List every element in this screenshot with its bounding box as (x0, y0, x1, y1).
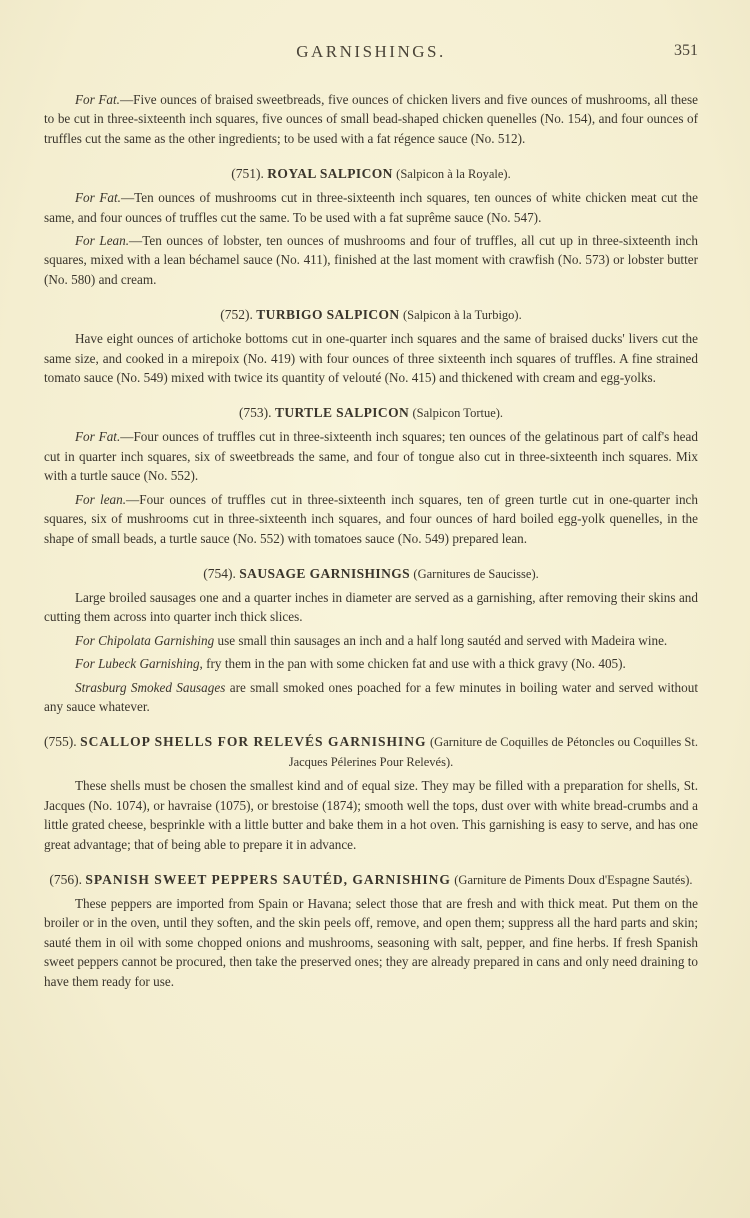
running-head: GARNISHINGS. 351 (44, 42, 698, 66)
paragraph-label: For Fat. (75, 92, 120, 107)
section-754-paragraph: Large broiled sausages one and a quarter… (44, 588, 698, 627)
section-heading-752: (752). TURBIGO SALPICON (Salpicon à la T… (44, 305, 698, 325)
section-752-paragraph: Have eight ounces of artichoke bottoms c… (44, 329, 698, 387)
section-755-paragraph: These shells must be chosen the smallest… (44, 776, 698, 854)
section-753-paragraph: For lean.—Four ounces of truffles cut in… (44, 490, 698, 548)
section-heading-751: (751). ROYAL SALPICON (Salpicon à la Roy… (44, 164, 698, 184)
section-heading-756: (756). SPANISH SWEET PEPPERS SAUTÉD, GAR… (44, 870, 698, 890)
section-heading-753: (753). TURTLE SALPICON (Salpicon Tortue)… (44, 403, 698, 423)
section-heading-755: (755). SCALLOP SHELLS FOR RELEVÉS GARNIS… (44, 732, 698, 772)
section-751-paragraph: For Lean.—Ten ounces of lobster, ten oun… (44, 231, 698, 289)
running-title: GARNISHINGS. (44, 42, 698, 62)
section-754-paragraph: Strasburg Smoked Sausages are small smok… (44, 678, 698, 717)
paragraph-text: —Five ounces of braised sweetbreads, fiv… (44, 92, 698, 146)
section-756-paragraph: These peppers are imported from Spain or… (44, 894, 698, 991)
section-753-paragraph: For Fat.—Four ounces of truffles cut in … (44, 427, 698, 485)
page-number: 351 (674, 42, 698, 60)
section-754-paragraph: For Lubeck Garnishing, fry them in the p… (44, 654, 698, 673)
section-heading-754: (754). SAUSAGE GARNISHINGS (Garnitures d… (44, 564, 698, 584)
page-body: For Fat.—Five ounces of braised sweetbre… (44, 90, 698, 991)
intro-paragraph: For Fat.—Five ounces of braised sweetbre… (44, 90, 698, 148)
section-751-paragraph: For Fat.—Ten ounces of mushrooms cut in … (44, 188, 698, 227)
section-754-paragraph: For Chipolata Garnishing use small thin … (44, 631, 698, 650)
